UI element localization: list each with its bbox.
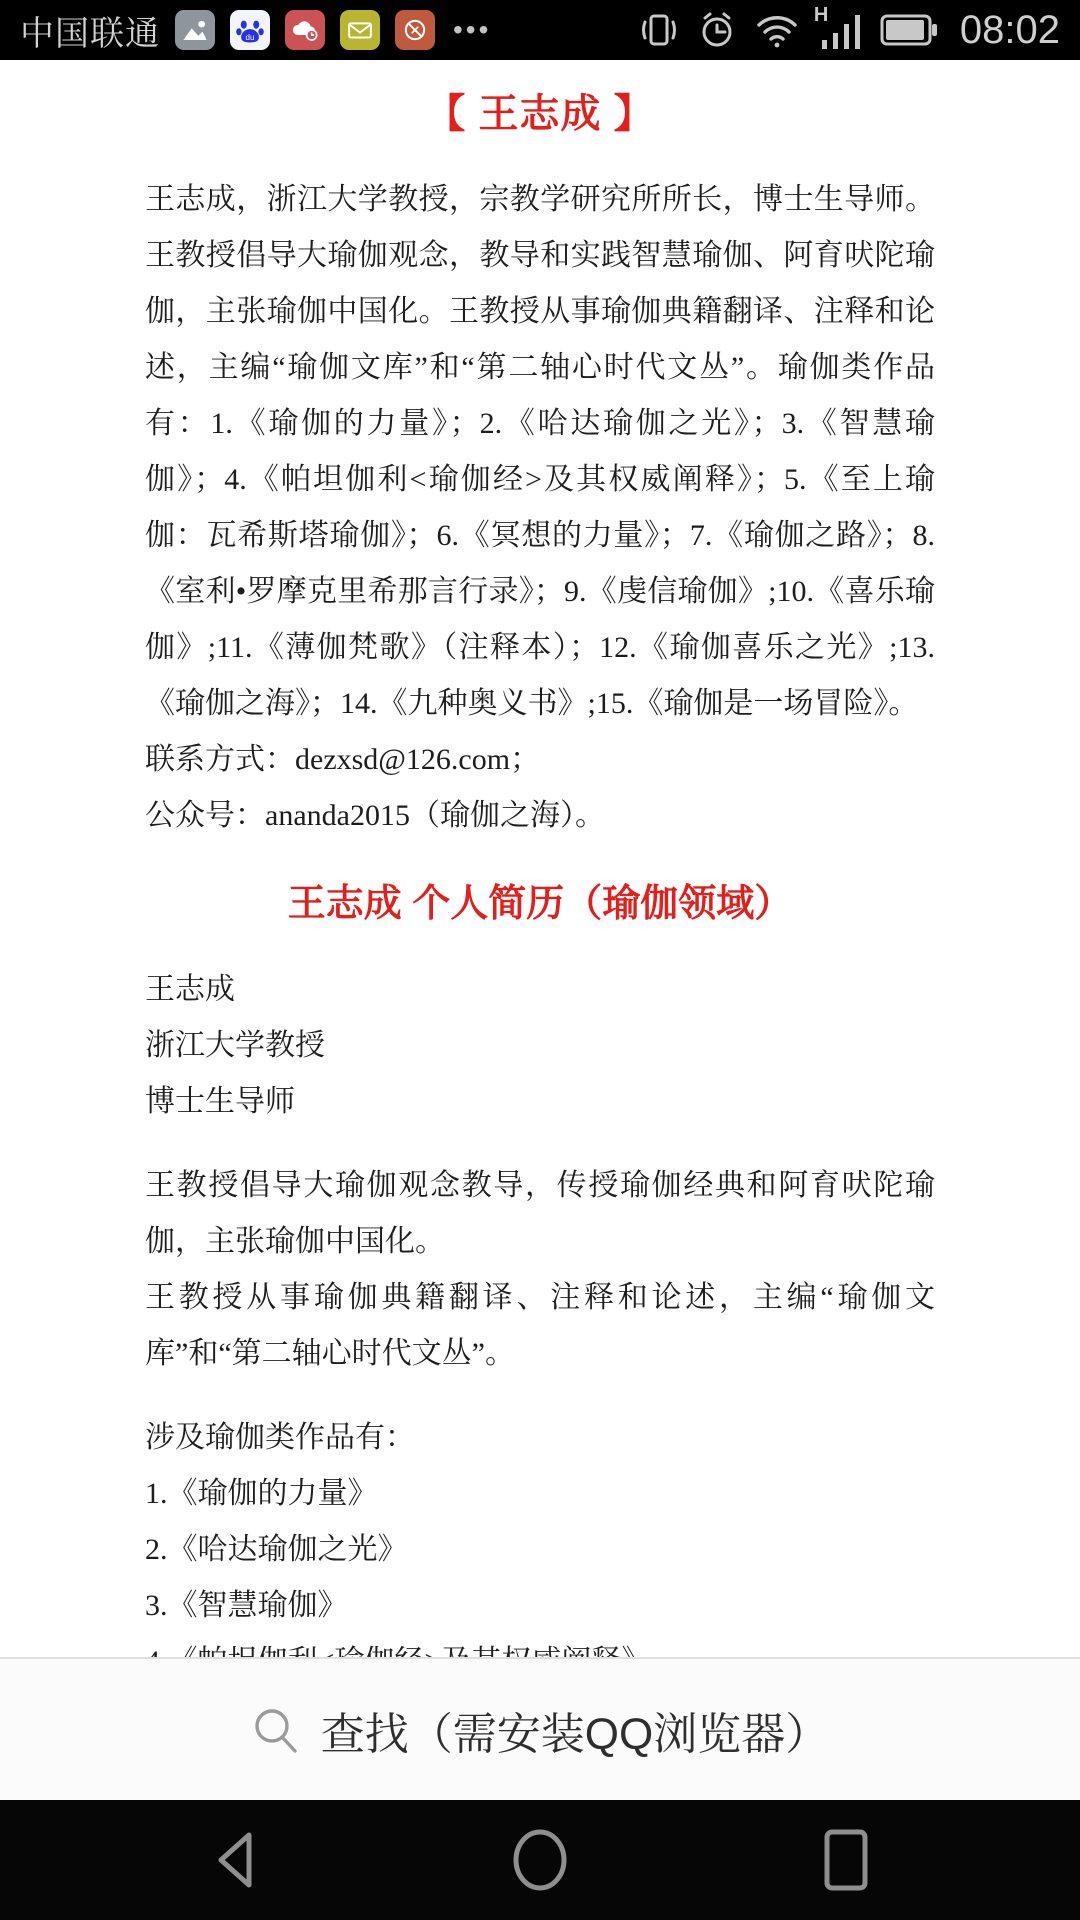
search-icon	[251, 1705, 301, 1755]
clock-label: 08:02	[960, 8, 1060, 53]
recents-square-icon	[818, 1826, 874, 1894]
bio-paragraph: 王志成，浙江大学教授，宗教学研究所所长，博士生导师。王教授倡导大瑜伽观念，教导和…	[145, 172, 935, 732]
alarm-icon	[696, 9, 738, 51]
resume-paragraph-1: 王教授倡导大瑜伽观念教导，传授瑜伽经典和阿育吠陀瑜伽，主张瑜伽中国化。	[145, 1158, 935, 1270]
gallery-icon	[175, 10, 215, 50]
find-label: 查找（需安装QQ浏览器）	[321, 1698, 829, 1762]
more-notifications-icon: •••	[453, 14, 491, 46]
article-title: 【 王志成 】	[145, 90, 935, 138]
home-circle-icon	[509, 1825, 571, 1895]
resume-name-line: 王志成	[145, 962, 935, 1018]
wechat-line: 公众号：ananda2015（瑜伽之海）。	[145, 788, 935, 844]
signal-icon: H	[816, 8, 864, 52]
work-item: 3.《智慧瑜伽》	[145, 1578, 935, 1634]
svg-text:du: du	[246, 33, 255, 42]
resume-paragraph-2: 王教授从事瑜伽典籍翻译、注释和论述，主编“瑜伽文库”和“第二轴心时代文丛”。	[145, 1270, 935, 1382]
blocked-tool-icon	[395, 10, 435, 50]
recents-button[interactable]	[778, 1816, 914, 1904]
find-on-page-bar[interactable]: 查找（需安装QQ浏览器）	[0, 1657, 1080, 1800]
wifi-icon	[754, 9, 800, 51]
resume-heading: 王志成 个人简历（瑜伽领域）	[145, 882, 935, 926]
article: 【 王志成 】 王志成，浙江大学教授，宗教学研究所所长，博士生导师。王教授倡导大…	[0, 60, 1080, 1657]
android-navigation-bar	[0, 1800, 1080, 1920]
works-heading: 涉及瑜伽类作品有：	[145, 1410, 935, 1466]
vibrate-icon	[638, 9, 680, 51]
resume-title-line: 浙江大学教授	[145, 1018, 935, 1074]
network-type-label: H	[814, 4, 828, 27]
baidu-icon: du	[230, 10, 270, 50]
phone-screen: 中国联通 du	[0, 0, 1080, 1920]
carrier-label: 中国联通	[20, 6, 160, 55]
work-item: 4.《帕坦伽利<瑜伽经>及其权威阐释》	[145, 1634, 935, 1657]
status-bar: 中国联通 du	[0, 0, 1080, 60]
back-button[interactable]	[167, 1817, 303, 1903]
mail-icon	[340, 10, 380, 50]
status-bar-system-icons: H 08:02	[638, 8, 1060, 53]
resume-role-line: 博士生导师	[145, 1074, 935, 1130]
contact-line: 联系方式：dezxsd@126.com；	[145, 732, 935, 788]
cloud-sync-icon	[285, 10, 325, 50]
back-triangle-icon	[207, 1827, 263, 1893]
work-item: 2.《哈达瑜伽之光》	[145, 1522, 935, 1578]
work-item: 1.《瑜伽的力量》	[145, 1466, 935, 1522]
battery-icon	[880, 11, 940, 49]
home-button[interactable]	[469, 1815, 611, 1905]
